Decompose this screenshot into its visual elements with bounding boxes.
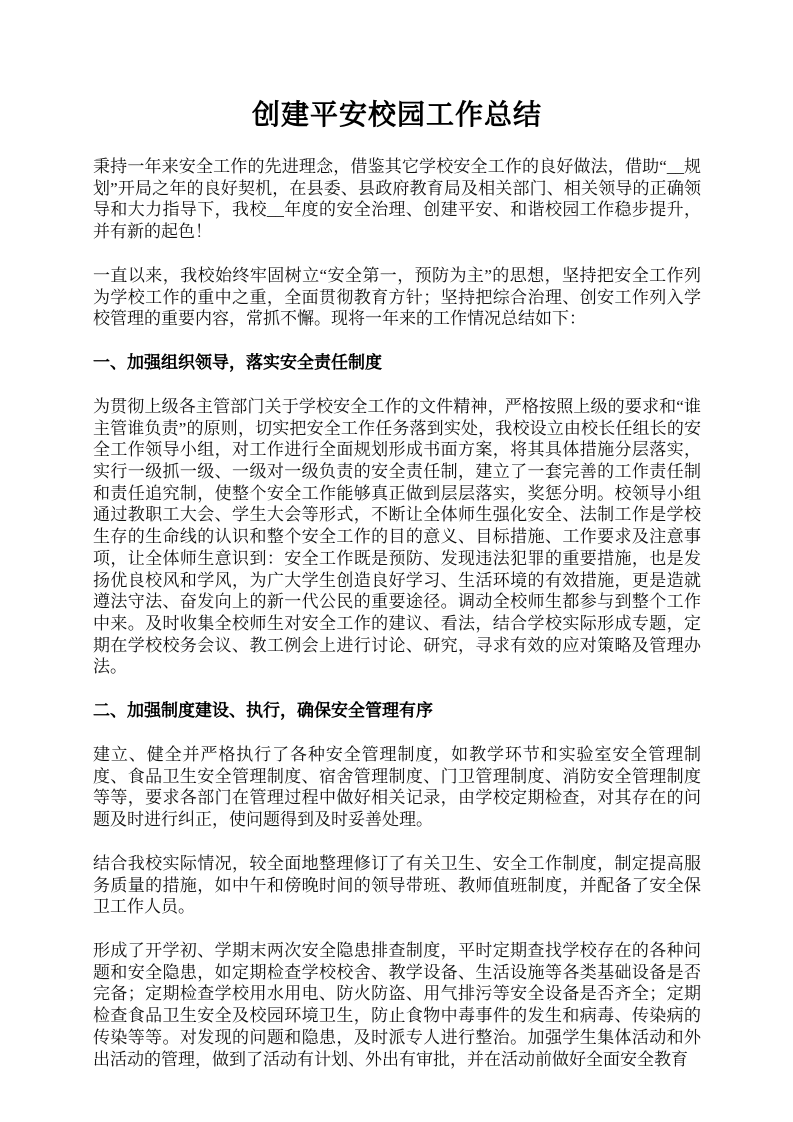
section-heading-1: 一、加强组织领导，落实安全责任制度: [93, 352, 701, 374]
section-heading-2: 二、加强制度建设、执行，确保安全管理有序: [93, 700, 701, 722]
paragraph-section-2-c: 形成了开学初、学期末两次安全隐患排查制度，平时定期查找学校存在的各种问题和安全隐…: [93, 940, 701, 1070]
page-title: 创建平安校园工作总结: [93, 96, 701, 136]
paragraph-section-1: 为贯彻上级各主管部门关于学校安全工作的文件精神，严格按照上级的要求和“谁主管谁负…: [93, 396, 701, 678]
paragraph-intro-2: 一直以来，我校始终牢固树立“安全第一，预防为主”的思想，坚持把安全工作列为学校工…: [93, 265, 701, 330]
paragraph-section-2-b: 结合我校实际情况，较全面地整理修订了有关卫生、安全工作制度，制定提高服务质量的措…: [93, 853, 701, 918]
paragraph-intro-1: 秉持一年来安全工作的先进理念，借鉴其它学校安全工作的良好做法，借助“__规划”开…: [93, 156, 701, 243]
document-page: 创建平安校园工作总结 秉持一年来安全工作的先进理念，借鉴其它学校安全工作的良好做…: [0, 0, 793, 1122]
paragraph-section-2-a: 建立、健全并严格执行了各种安全管理制度，如教学环节和实验室安全管理制度、食品卫生…: [93, 744, 701, 831]
